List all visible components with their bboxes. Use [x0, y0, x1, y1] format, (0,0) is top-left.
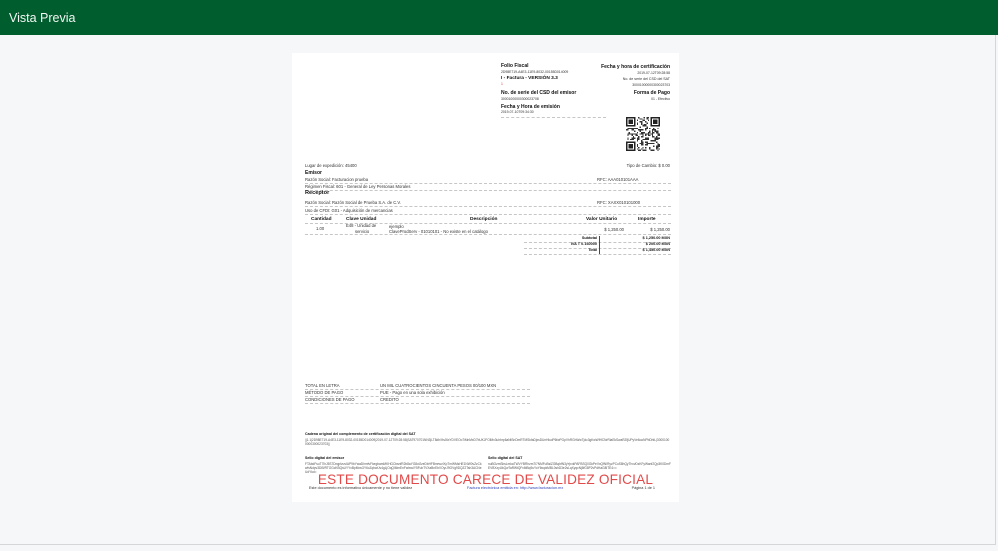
divider	[305, 190, 671, 191]
receptor-razon-social: Razón Social: Razón Social de Prueba S.A…	[305, 201, 401, 205]
fecha-emision-value: 2019-07-10T09:34:30	[501, 111, 534, 114]
total-value: $ 1,450.00 MXN	[643, 249, 670, 253]
item-importe: $ 1,250.00	[650, 228, 670, 232]
total-value: $ 1,250.00 MXN	[643, 237, 670, 241]
item-clave-unidad: E48 - Unidad de	[346, 224, 376, 228]
metodo-pago-value: PUE - Pago en una sola exhibición	[380, 391, 445, 395]
tipo-cambio: Tipo de Cambio: $ 0.00	[627, 164, 670, 168]
condiciones-label: CONDICIONES DE PAGO	[305, 398, 354, 402]
forma-pago-label: Forma de Pago	[634, 91, 670, 96]
fecha-cert-label: Fecha y hora de certificación	[601, 65, 670, 70]
window-header: Vista Previa	[0, 0, 998, 35]
item-valor-unitario: $ 1,250.00	[604, 228, 624, 232]
total-letra-label: TOTAL EN LETRA	[305, 384, 340, 388]
total-label: IVA T 0.160000	[571, 243, 597, 247]
tipo-comprobante: I - Factura - VERSIÓN 3.3	[501, 77, 558, 82]
total-value: $ 200.00 MXN	[646, 243, 670, 247]
receptor-rfc: RFC: XAXX010101000	[597, 201, 640, 205]
emisor-heading: Emisor	[305, 171, 322, 176]
divider	[305, 206, 671, 207]
csd-sat-label: No. de serie del CSD del SAT	[623, 78, 670, 82]
emisor-regimen: Régimen Fiscal: 601 - General de Ley Per…	[305, 185, 410, 189]
uso-cfdi: Uso de CFDI: G01 - Adquisición de mercan…	[305, 209, 393, 213]
sello-emisor-label: Sello digital del emisor	[305, 457, 344, 461]
invoice-page[interactable]: Folio Fiscal 2D98E719-A4E3-11E9-8032-001…	[292, 53, 679, 502]
folio-fiscal-label: Folio Fiscal	[501, 64, 529, 69]
forma-pago-value: 01 - Efectivo	[651, 98, 670, 101]
cadena-original-label: Cadena original del complemento de certi…	[305, 433, 416, 437]
emisor-rfc: RFC: AAA010101AAA	[597, 178, 638, 182]
lugar-expedicion: Lugar de expedición: 45400	[305, 164, 357, 168]
condiciones-value: CREDITO	[380, 398, 399, 402]
watermark-text: ESTE DOCUMENTO CARECE DE VALIDEZ OFICIAL	[292, 472, 679, 487]
totals-separator	[599, 236, 600, 254]
window-title: Vista Previa	[9, 11, 75, 25]
total-label: Subtotal	[582, 237, 597, 241]
csd-sat-value: 30001000000300023703	[632, 84, 670, 87]
item-cantidad: 1.00	[316, 227, 324, 231]
total-letra-value: UN MIL CUATROCIENTOS CINCUENTA PESOS 00/…	[380, 384, 496, 388]
folio-fiscal-value: 2D98E719-A4E3-11E9-8032-00155D014009	[501, 71, 568, 74]
divider	[501, 117, 606, 118]
sello-sat-label: Sello digital del SAT	[488, 457, 522, 461]
total-label: Total	[588, 249, 597, 253]
footer-link[interactable]: Factura electrónica emitida en: http://w…	[467, 487, 563, 491]
page-number: Página 1 de 1	[632, 487, 655, 491]
cadena-original-value: ||1.1|2D98E719-A4E3-11E9-8032-00155D0140…	[305, 438, 671, 450]
receptor-heading: Receptor	[305, 191, 329, 197]
divider	[305, 214, 671, 215]
footer-disclaimer: Este documento es informativo únicamente…	[309, 487, 412, 491]
preview-window: Vista Previa Folio Fiscal 2D98E719-A4E3-…	[0, 0, 996, 545]
divider	[524, 254, 671, 255]
csd-emisor-label: No. de serie del CSD del emisor	[501, 91, 576, 96]
fecha-cert-value: 2019-07-12T09:28:58	[637, 72, 670, 75]
divider	[305, 234, 671, 235]
serie-folio: 1	[501, 83, 503, 86]
qr-code-icon	[625, 117, 661, 151]
divider	[305, 403, 530, 404]
emisor-razon-social: Razón Social: Facturacion prueba	[305, 178, 368, 182]
csd-emisor-value: 30001000000300023708	[501, 98, 539, 101]
metodo-pago-label: MÉTODO DE PAGO	[305, 391, 343, 395]
